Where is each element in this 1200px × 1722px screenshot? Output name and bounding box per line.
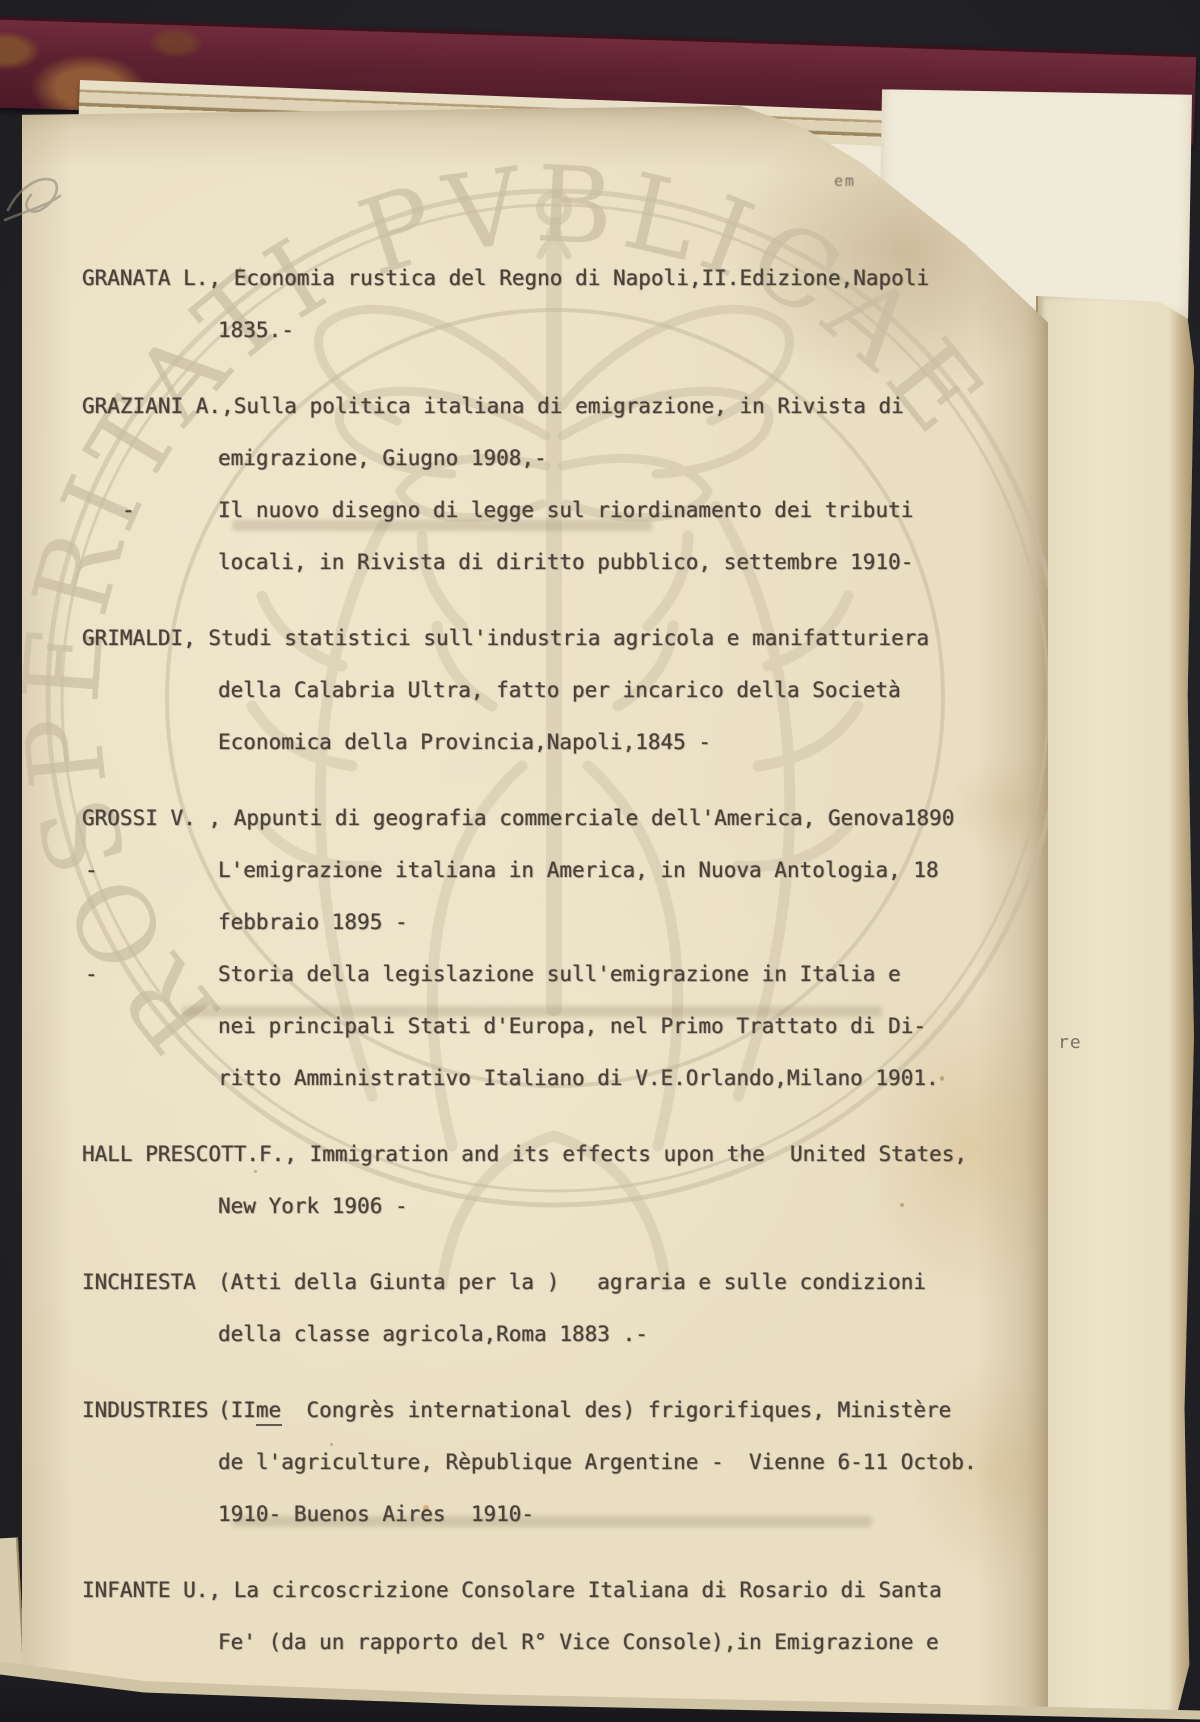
torn-edge-streak: [1168, 296, 1194, 1722]
bib-entry-text: (Atti della Giunta per la ) agraria e su…: [218, 1270, 926, 1294]
bib-entry-text: New York 1906 -: [218, 1194, 408, 1218]
bib-entry-text: (IIme Congrès international des) frigori…: [218, 1398, 951, 1422]
bib-entry-text: febbraio 1895 -: [218, 910, 408, 934]
bib-entry-text: locali, in Rivista di diritto pubblico, …: [218, 550, 913, 574]
scanned-book-photo: { "page": { "number": "16", "corner_smud…: [0, 0, 1200, 1722]
bib-entry-text: GROSSI V. , Appunti di geografia commerc…: [82, 806, 954, 830]
pencil-mark: [0, 148, 80, 248]
ditto-dash: -: [85, 858, 98, 882]
bottom-edge: [0, 1640, 1200, 1722]
bib-entry-text: Il nuovo disegno di legge sul riordiname…: [218, 498, 913, 522]
bib-entry-text: Economica della Provincia,Napoli,1845 -: [218, 730, 711, 754]
iime-underline: [256, 1424, 282, 1426]
bib-entry-text: emigrazione, Giugno 1908,-: [218, 446, 547, 470]
scanned-page: ROSPERITATI PVBLICAE: [22, 106, 1048, 1722]
bib-entry-text: 1910- Buenos Aires 1910-: [218, 1502, 534, 1526]
ditto-dash: -: [85, 962, 98, 986]
bib-entry-text: della Calabria Ultra, fatto per incarico…: [218, 678, 901, 702]
bib-entry-text: HALL PRESCOTT.F., Immigration and its ef…: [82, 1142, 967, 1166]
bib-entry-text: GRANATA L., Economia rustica del Regno d…: [82, 266, 929, 290]
bib-entry-text: nei principali Stati d'Europa, nel Primo…: [218, 1014, 926, 1038]
underlying-right-page: re: [1036, 296, 1194, 1722]
bib-entry-text: 1835.-: [218, 318, 294, 342]
bib-entry-text: L'emigrazione italiana in America, in Nu…: [218, 858, 939, 882]
bib-entry-text: GRAZIANI A.,Sulla politica italiana di e…: [82, 394, 904, 418]
bib-entry-text: della classe agricola,Roma 1883 .-: [218, 1322, 648, 1346]
ditto-dash: -: [122, 498, 135, 522]
bib-entry-text: de l'agriculture, Rèpublique Argentine -…: [218, 1450, 977, 1474]
bib-entry-text: INFANTE U., La circoscrizione Consolare …: [82, 1578, 942, 1602]
bib-author-label: INCHIESTA: [82, 1270, 196, 1294]
bib-author-label: INDUSTRIES: [82, 1398, 208, 1422]
bleed-text-fragment: re: [1058, 1032, 1082, 1053]
bib-entry-text: Storia della legislazione sull'emigrazio…: [218, 962, 901, 986]
bib-entry-text: GRIMALDI, Studi statistici sull'industri…: [82, 626, 929, 650]
bib-entry-text: ritto Amministrativo Italiano di V.E.Orl…: [218, 1066, 939, 1090]
typewritten-text: GRANATA L., Economia rustica del Regno d…: [22, 106, 1048, 1722]
